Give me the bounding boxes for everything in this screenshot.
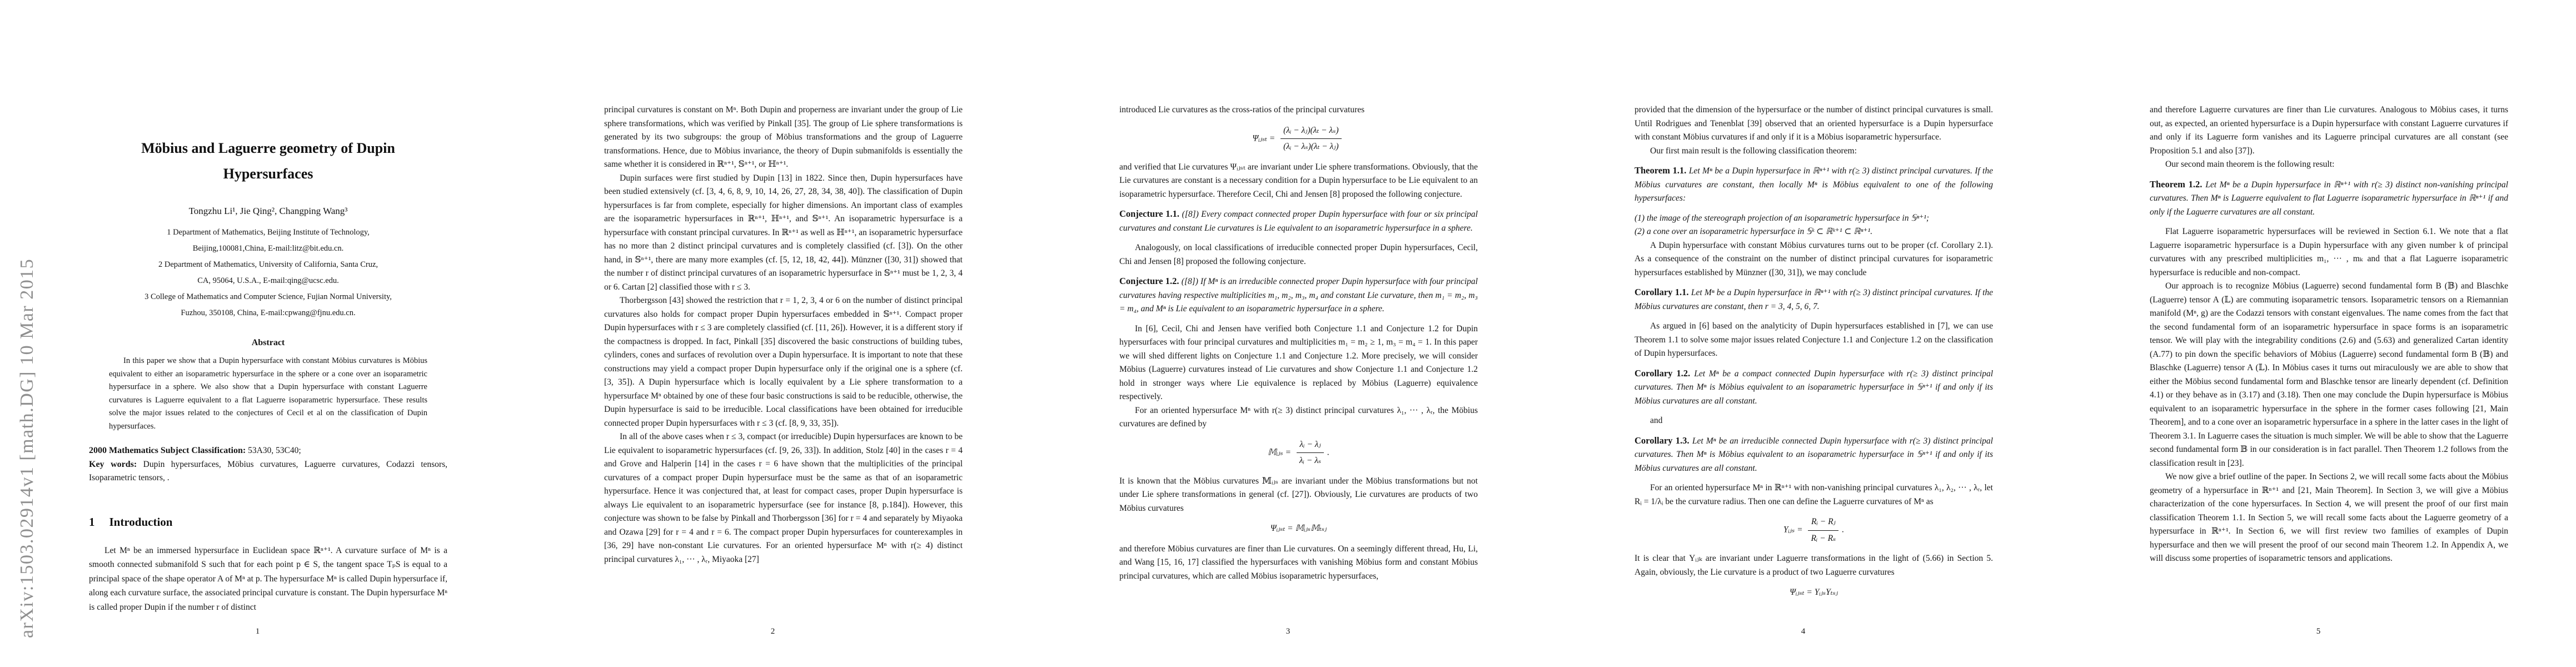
affiliation-line: Beijing,100081,China, E-mail:litz@bit.ed…	[89, 241, 447, 257]
paragraph: For an oriented hypersurface Mⁿ in ℝⁿ⁺¹ …	[1635, 481, 1993, 509]
formula-punct: .	[1327, 447, 1329, 457]
theorem-block: Theorem 1.1. Let Mⁿ be a Dupin hypersurf…	[1635, 164, 1993, 206]
paragraph: Analogously, on local classifications of…	[1119, 241, 1478, 268]
fraction-denominator: Rᵢ − Rₛ	[1808, 531, 1838, 546]
affiliation-line: Fuzhou, 350108, China, E-mail:cpwang@fjn…	[89, 305, 447, 321]
theorem-block: Theorem 1.2. Let Mⁿ be a Dupin hypersurf…	[2150, 178, 2508, 220]
theorem-block: Conjecture 1.2. ([8]) If Mⁿ is an irredu…	[1119, 275, 1478, 316]
formula-lhs: 𝕄ᵢⱼₛ =	[1268, 447, 1293, 457]
paragraph: Flat Laguerre isoparametric hypersurface…	[2150, 225, 2508, 280]
page-number: 2	[515, 627, 1030, 636]
page-1-content: Möbius and Laguerre geometry of DupinHyp…	[89, 136, 447, 623]
display-formula: Υᵢⱼₛ = Rᵢ − RⱼRᵢ − Rₛ.	[1635, 515, 1993, 545]
page-body: provided that the dimension of the hyper…	[1635, 103, 1993, 613]
paragraph: and verified that Lie curvatures Ψᵢⱼₛₜ a…	[1119, 161, 1478, 202]
paper-spread: { "watermark": "arXiv:1503.02914v1 [math…	[0, 0, 2576, 667]
page-5: and therefore Laguerre curvatures are fi…	[2061, 0, 2576, 667]
paragraph: and therefore Laguerre curvatures are fi…	[2150, 103, 2508, 158]
theorem-block: Conjecture 1.1. ([8]) Every compact conn…	[1119, 207, 1478, 235]
affiliation-line: CA, 95064, U.S.A., E-mail:qing@ucsc.edu.	[89, 273, 447, 289]
theorem-label: Corollary 1.1.	[1635, 287, 1691, 297]
fraction: λᵢ − λⱼλᵢ − λₛ	[1297, 438, 1324, 468]
formula-lhs: Ψᵢⱼₛₜ =	[1252, 133, 1277, 143]
formula-punct: .	[1842, 525, 1844, 535]
paragraph: introduced Lie curvatures as the cross-r…	[1119, 103, 1478, 117]
page-3: introduced Lie curvatures as the cross-r…	[1030, 0, 1546, 667]
page-4: provided that the dimension of the hyper…	[1546, 0, 2061, 667]
theorem-label: Theorem 1.2.	[2150, 179, 2205, 190]
paragraph: Let Mⁿ be an immersed hypersurface in Eu…	[89, 544, 447, 615]
paper-title-line-2: Hypersurfaces	[223, 166, 313, 182]
paragraph: Our first main result is the following c…	[1635, 145, 1993, 158]
paragraph: It is clear that Υᵢⱼₖ are invariant unde…	[1635, 552, 1993, 579]
page-number: 1	[0, 627, 515, 636]
paragraph: As argued in [6] based on the analyticit…	[1635, 320, 1993, 361]
fraction-numerator: λᵢ − λⱼ	[1297, 438, 1324, 454]
theorem-block: Corollary 1.3. Let Mⁿ be an irreducible …	[1635, 434, 1993, 476]
paragraph: For an oriented hypersurface Mⁿ with r(≥…	[1119, 404, 1478, 431]
paragraph: Dupin surfaces were first studied by Dup…	[604, 172, 963, 295]
theorem-label: Corollary 1.2.	[1635, 368, 1694, 379]
formula-lhs: Υᵢⱼₛ =	[1783, 525, 1805, 535]
keywords-value: Dupin hypersurfaces, Möbius curvatures, …	[89, 460, 447, 483]
theorem-label: Theorem 1.1.	[1635, 165, 1689, 176]
fraction: (λᵢ − λⱼ)(λₜ − λₛ)(λᵢ − λₛ)(λₜ − λⱼ)	[1280, 124, 1342, 154]
display-formula: 𝕄ᵢⱼₛ = λᵢ − λⱼλᵢ − λₛ.	[1119, 438, 1478, 468]
paragraph: Our approach is to recognize Möbius (Lag…	[2150, 280, 2508, 470]
page-number: 3	[1030, 627, 1546, 636]
page-1: arXiv:1503.02914v1 [math.DG] 10 Mar 2015…	[0, 0, 515, 667]
paragraph: We now give a brief outline of the paper…	[2150, 470, 2508, 566]
fraction-denominator: λᵢ − λₛ	[1297, 453, 1324, 468]
fraction: Rᵢ − RⱼRᵢ − Rₛ	[1808, 515, 1838, 545]
paragraph: and therefore Möbius curvatures are fine…	[1119, 542, 1478, 584]
theorem-block: Corollary 1.2. Let Mⁿ be a compact conne…	[1635, 367, 1993, 409]
section-heading: 1Introduction	[89, 515, 447, 529]
fraction-numerator: (λᵢ − λⱼ)(λₜ − λₛ)	[1280, 124, 1342, 140]
page-number: 5	[2061, 627, 2576, 636]
keywords-line: Key words: Dupin hypersurfaces, Möbius c…	[89, 458, 447, 485]
fraction-denominator: (λᵢ − λₛ)(λₜ − λⱼ)	[1280, 139, 1342, 154]
page-body: principal curvatures is constant on Mⁿ. …	[604, 103, 963, 613]
paper-title-line-1: Möbius and Laguerre geometry of Dupin	[141, 140, 395, 156]
theorem-item: (1) the image of the stereograph project…	[1635, 212, 1993, 226]
arxiv-watermark: arXiv:1503.02914v1 [math.DG] 10 Mar 2015	[17, 258, 38, 638]
paragraph: It is known that the Möbius curvatures 𝕄…	[1119, 475, 1478, 516]
paragraph: In [6], Cecil, Chi and Jensen have verif…	[1119, 322, 1478, 404]
affiliation-line: 2 Department of Mathematics, University …	[89, 257, 447, 273]
msc-line: 2000 Mathematics Subject Classification:…	[89, 444, 447, 458]
page-2: principal curvatures is constant on Mⁿ. …	[515, 0, 1030, 667]
abstract-text: In this paper we show that a Dupin hyper…	[109, 355, 427, 433]
theorem-label: Conjecture 1.1.	[1119, 208, 1182, 219]
paragraph: Thorbergsson [43] showed the restriction…	[604, 294, 963, 430]
section-title: Introduction	[109, 515, 173, 529]
abstract-heading: Abstract	[89, 338, 447, 348]
affiliations: 1 Department of Mathematics, Beijing Ins…	[89, 225, 447, 321]
paragraph: principal curvatures is constant on Mⁿ. …	[604, 103, 963, 172]
paper-title: Möbius and Laguerre geometry of DupinHyp…	[89, 136, 447, 187]
msc-value: 53A30, 53C40;	[246, 446, 301, 455]
section-number: 1	[89, 515, 95, 529]
theorem-label: Corollary 1.3.	[1635, 435, 1692, 446]
affiliation-line: 3 College of Mathematics and Computer Sc…	[89, 289, 447, 305]
theorem-item: (2) a cone over an isoparametric hypersu…	[1635, 225, 1993, 239]
display-formula: Ψᵢⱼₛₜ = ΥᵢⱼₛΥₜₛⱼ	[1635, 586, 1993, 600]
paragraph: Our second main theorem is the following…	[2150, 158, 2508, 172]
display-formula: Ψᵢⱼₛₜ = (λᵢ − λⱼ)(λₜ − λₛ)(λᵢ − λₛ)(λₜ −…	[1119, 124, 1478, 154]
keywords-label: Key words:	[89, 460, 137, 469]
page-body: introduced Lie curvatures as the cross-r…	[1119, 103, 1478, 613]
page-body: and therefore Laguerre curvatures are fi…	[2150, 103, 2508, 613]
theorem-label: Conjecture 1.2.	[1119, 276, 1182, 286]
paragraph: A Dupin hypersurface with constant Möbiu…	[1635, 239, 1993, 280]
msc-label: 2000 Mathematics Subject Classification:	[89, 446, 246, 455]
fraction-numerator: Rᵢ − Rⱼ	[1808, 515, 1838, 531]
paragraph: provided that the dimension of the hyper…	[1635, 103, 1993, 145]
page-number: 4	[1546, 627, 2061, 636]
theorem-block: Corollary 1.1. Let Mⁿ be a Dupin hypersu…	[1635, 286, 1993, 313]
display-formula: Ψᵢⱼₛₜ = 𝕄ᵢⱼₛ𝕄ₜₛⱼ	[1119, 522, 1478, 536]
affiliation-line: 1 Department of Mathematics, Beijing Ins…	[89, 225, 447, 241]
authors-line: Tongzhu Li¹, Jie Qing², Changping Wang³	[89, 206, 447, 217]
paragraph: In all of the above cases when r ≤ 3, co…	[604, 430, 963, 566]
paragraph: and	[1635, 414, 1993, 428]
